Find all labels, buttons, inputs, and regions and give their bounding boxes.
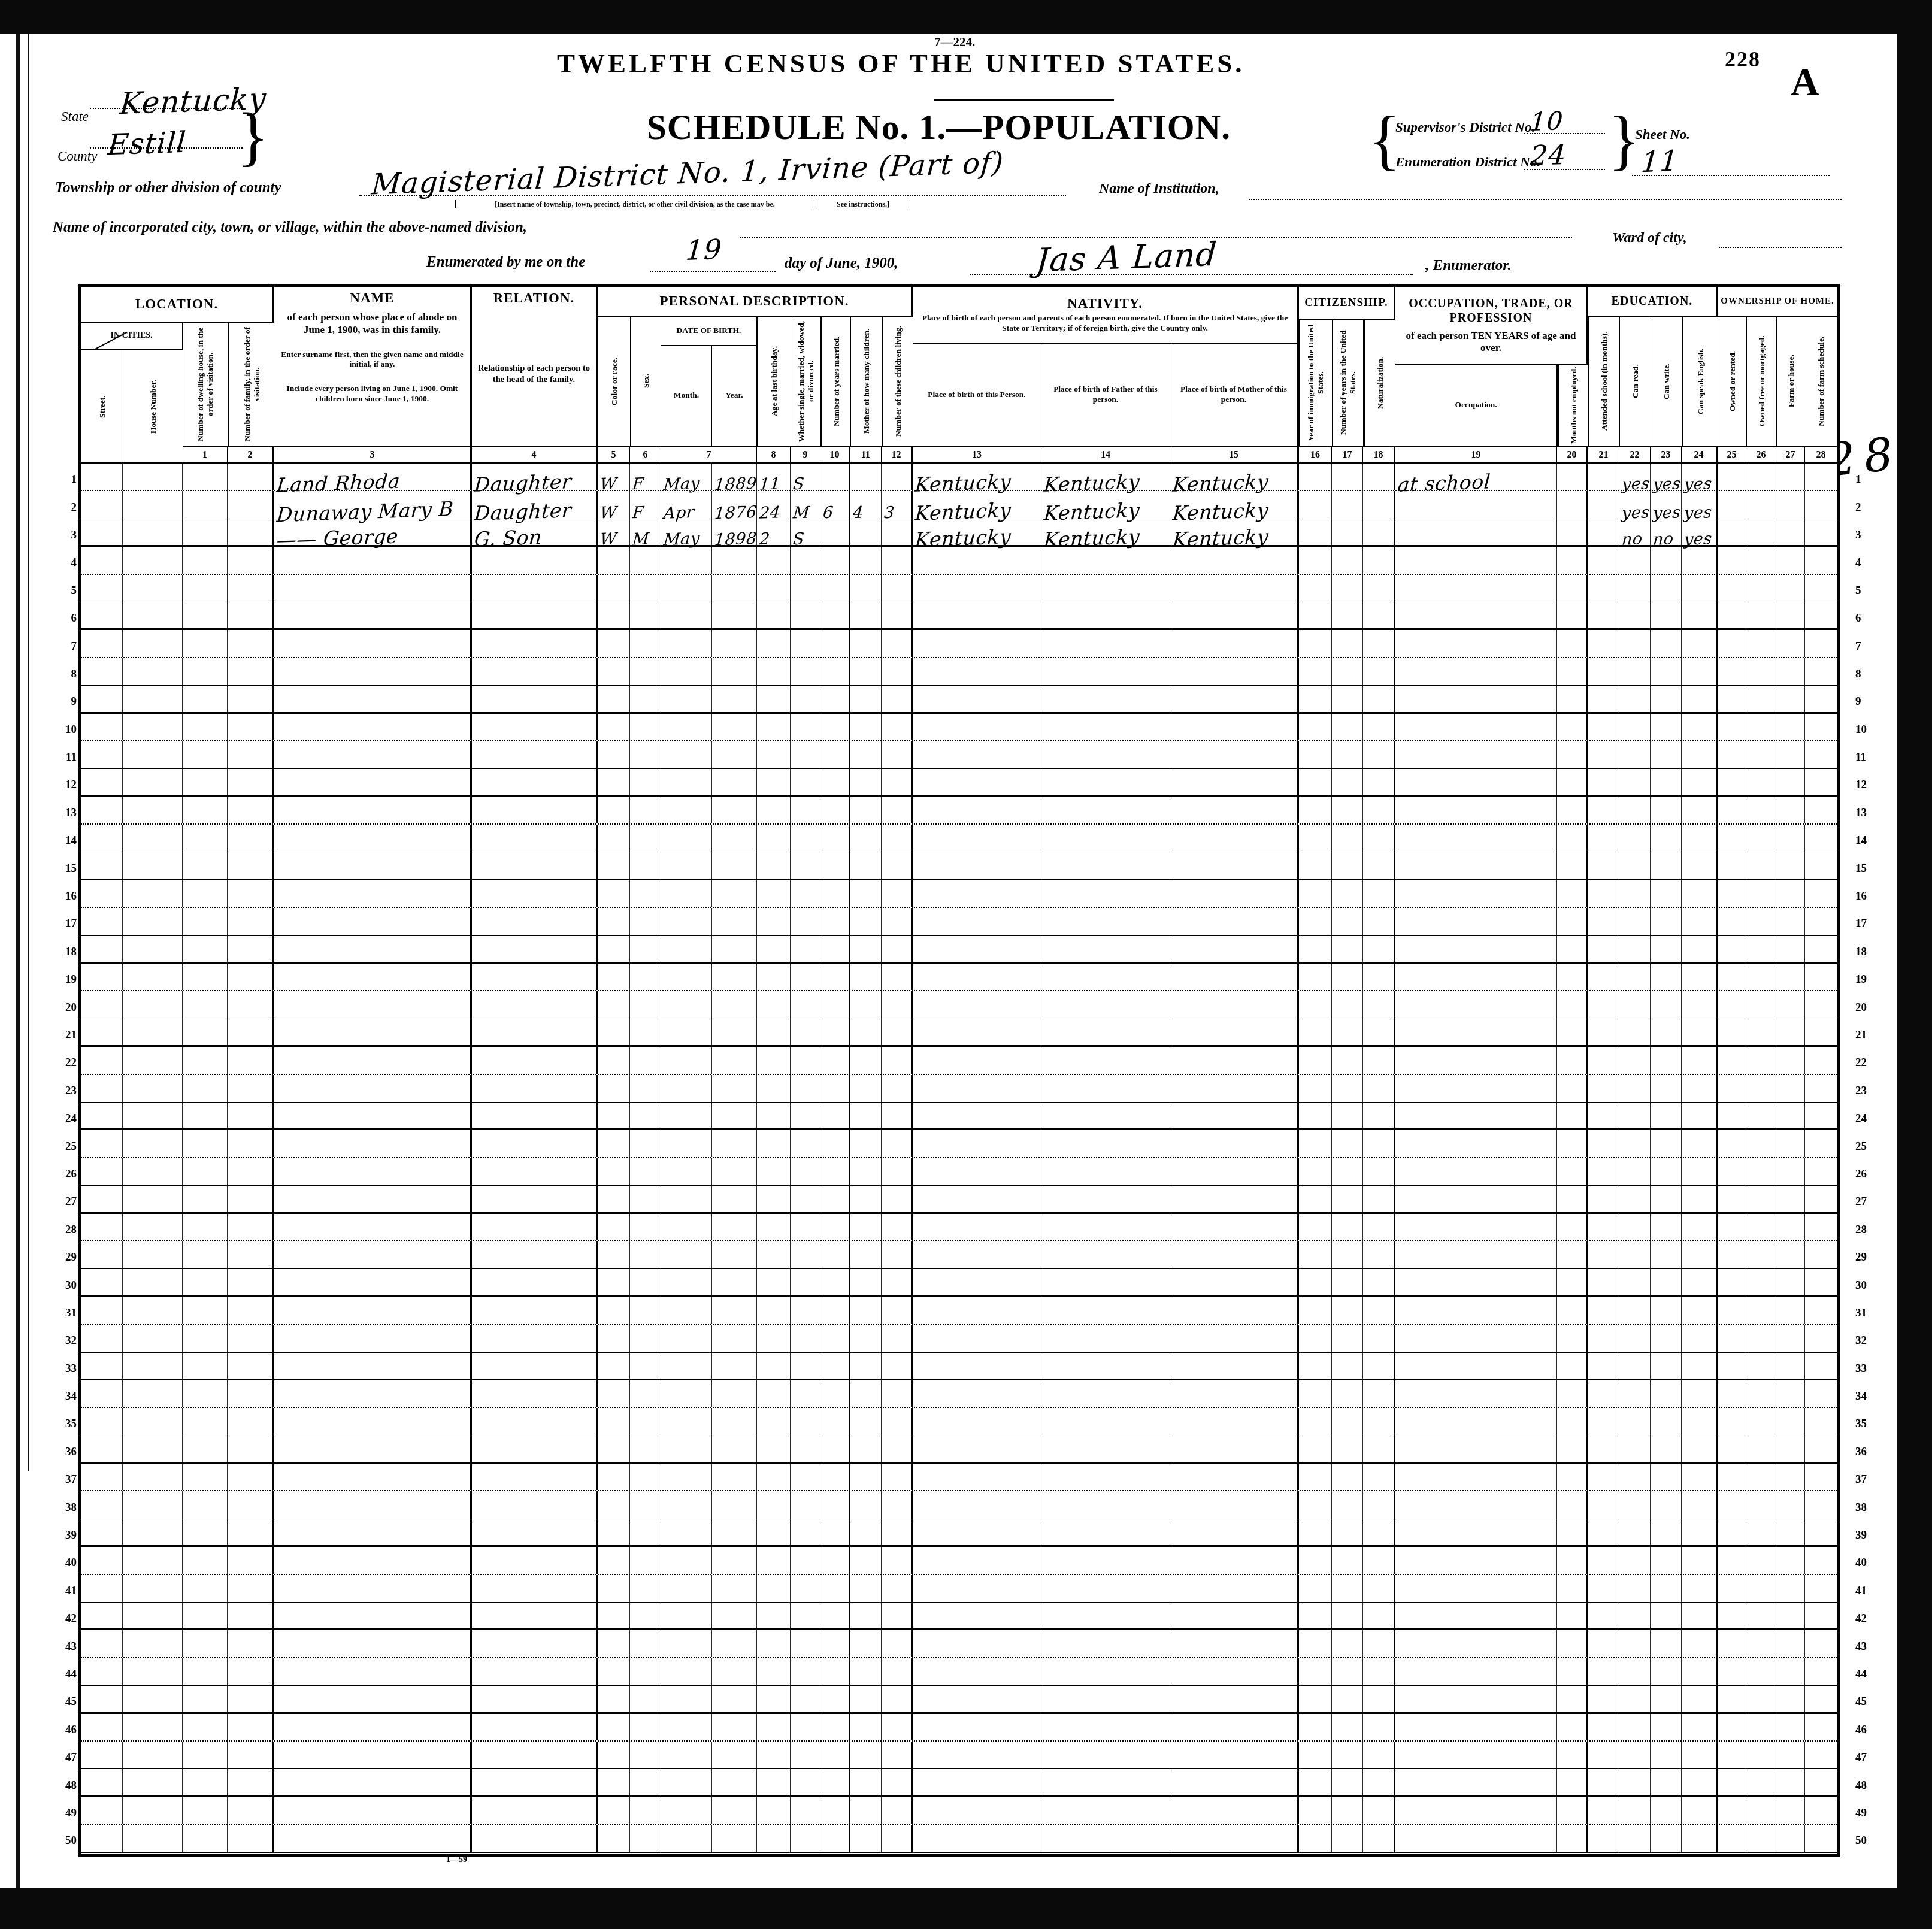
cell-farm_house [1776, 1491, 1805, 1518]
cell-sex [630, 1575, 661, 1602]
row-number: 1 [1855, 466, 1861, 493]
cell-family [228, 1436, 274, 1462]
cell-immigration [1299, 964, 1332, 990]
cell-dwelling [183, 686, 228, 711]
state-county-brace: } [237, 103, 269, 169]
cell-can_english [1682, 1519, 1718, 1545]
cell-color [598, 714, 630, 740]
cell-pob_father [1041, 1325, 1170, 1352]
cell-years_married [820, 797, 850, 823]
cell-age [757, 1214, 791, 1240]
cell-years_us [1332, 464, 1363, 490]
cell-mother_children [850, 1714, 882, 1740]
cell-naturalization [1363, 1519, 1395, 1545]
cell-pob_father [1041, 741, 1170, 768]
cell-can_read [1619, 1353, 1651, 1379]
cell-years_married [820, 1575, 850, 1602]
cell-occupation [1395, 1047, 1557, 1073]
table-row [81, 825, 1837, 852]
cell-month [661, 1491, 712, 1518]
cell-relation [472, 1491, 598, 1518]
cell-month [661, 797, 712, 823]
cell-years_us [1332, 1214, 1363, 1240]
cell-immigration [1299, 547, 1332, 573]
cell-color [598, 908, 630, 935]
cell-sex [630, 1130, 661, 1156]
name-description: of each person whose place of abode on J… [279, 311, 465, 337]
cell-sex [630, 1214, 661, 1240]
cell-mother_children [850, 964, 882, 990]
group-ownership: OWNERSHIP OF HOME. [1718, 287, 1837, 317]
cell-can_english [1682, 547, 1718, 573]
cell-family [228, 991, 274, 1018]
cell-month [661, 1464, 712, 1490]
group-education: EDUCATION. [1588, 287, 1718, 317]
cell-age [757, 630, 791, 656]
row-number: 12 [1855, 771, 1867, 799]
cell-naturalization [1363, 1408, 1395, 1435]
cell-street [81, 936, 123, 962]
cell-can_english [1682, 602, 1718, 628]
cell-mother_children [850, 936, 882, 962]
handwritten-entry: S [792, 530, 805, 549]
cell-occupation [1395, 1797, 1557, 1824]
cell-name [274, 1797, 472, 1824]
cell-occupation [1395, 1686, 1557, 1712]
header-can-read: Can read. [1619, 317, 1651, 446]
cell-color [598, 658, 630, 685]
cell-pob_father: Kentucky [1041, 464, 1170, 490]
cell-pob [913, 1186, 1041, 1212]
cell-years_married [820, 1158, 850, 1185]
cell-marital [791, 1436, 820, 1462]
cell-month: May [661, 519, 712, 545]
row-number: 24 [65, 1105, 77, 1132]
cell-age [757, 769, 791, 795]
cell-pob [913, 936, 1041, 962]
cell-farm_schedule [1805, 908, 1837, 935]
cell-farm_house [1776, 1047, 1805, 1073]
row-number: 7 [71, 632, 77, 660]
scan-streak-left [16, 34, 20, 1888]
cell-years_married [820, 1269, 850, 1295]
cell-occupation [1395, 1464, 1557, 1490]
row-number: 18 [65, 938, 77, 966]
cell-farm_schedule [1805, 1103, 1837, 1128]
cell-age [757, 1686, 791, 1712]
cell-owned_rented [1718, 1491, 1746, 1518]
cell-pob_mother [1170, 741, 1299, 768]
cell-can_english [1682, 1436, 1718, 1462]
cell-pob_father [1041, 936, 1170, 962]
cell-street [81, 1019, 123, 1045]
cell-mother_children [850, 1380, 882, 1407]
cell-children_living [882, 880, 913, 907]
header-farm-schedule: Number of farm schedule. [1805, 317, 1837, 446]
table-row [81, 575, 1837, 602]
cell-street [81, 575, 123, 602]
cell-years_us [1332, 852, 1363, 878]
cell-marital [791, 1103, 820, 1128]
cell-year [712, 936, 757, 962]
row-number: 35 [1855, 1410, 1867, 1438]
cell-can_write [1651, 1269, 1682, 1295]
cell-immigration [1299, 1769, 1332, 1795]
cell-farm_house [1776, 741, 1805, 768]
cell-age: 24 [757, 491, 791, 518]
cell-color [598, 991, 630, 1018]
cell-children_living [882, 936, 913, 962]
cell-street [81, 1047, 123, 1073]
handwritten-entry: yes [1652, 503, 1682, 523]
cell-years_us [1332, 1603, 1363, 1628]
cell-owned_rented [1718, 1325, 1746, 1352]
cell-pob_mother [1170, 1214, 1299, 1240]
cell-farm_house [1776, 1325, 1805, 1352]
cell-pob_mother [1170, 658, 1299, 685]
cell-family [228, 1186, 274, 1212]
cell-occupation [1395, 1019, 1557, 1045]
cell-attended_school [1588, 1214, 1619, 1240]
cell-owned_rented [1718, 1464, 1746, 1490]
table-row [81, 1186, 1837, 1213]
cell-years_married [820, 825, 850, 852]
cell-dwelling [183, 1714, 228, 1740]
cell-color [598, 1603, 630, 1628]
cell-mother_children [850, 714, 882, 740]
handwritten-entry: S [792, 475, 805, 494]
cell-farm_house [1776, 1297, 1805, 1324]
cell-can_english [1682, 1686, 1718, 1712]
cell-color [598, 964, 630, 990]
cell-years_us [1332, 1714, 1363, 1740]
cell-pob_father [1041, 1019, 1170, 1045]
header-dwelling-number: Number of dwelling house, in the order o… [183, 323, 228, 446]
cell-house [123, 575, 183, 602]
cell-pob_father [1041, 1047, 1170, 1073]
cell-attended_school [1588, 1353, 1619, 1379]
cell-can_english [1682, 1408, 1718, 1435]
cell-owned_free [1746, 908, 1776, 935]
cell-years_us [1332, 825, 1363, 852]
table-row [81, 1686, 1837, 1713]
column-number: 18 [1363, 446, 1395, 464]
cell-pob [913, 714, 1041, 740]
cell-months_not_employed [1557, 1269, 1588, 1295]
cell-age [757, 880, 791, 907]
cell-months_not_employed [1557, 1353, 1588, 1379]
cell-street [81, 1408, 123, 1435]
cell-immigration [1299, 1186, 1332, 1212]
cell-can_english [1682, 575, 1718, 602]
cell-months_not_employed [1557, 1769, 1588, 1795]
table-row [81, 1047, 1837, 1074]
cell-pob_mother [1170, 1797, 1299, 1824]
handwritten-entry: Daughter [474, 498, 573, 525]
header-street: Street. [81, 350, 123, 464]
cell-color [598, 630, 630, 656]
cell-months_not_employed [1557, 1019, 1588, 1045]
cell-pob [913, 1325, 1041, 1352]
cell-children_living [882, 1575, 913, 1602]
cell-farm_schedule [1805, 1075, 1837, 1102]
cell-relation [472, 769, 598, 795]
cell-naturalization [1363, 1630, 1395, 1657]
cell-can_write [1651, 1658, 1682, 1685]
header-naturalization: Naturalization. [1363, 320, 1395, 446]
cell-month [661, 1103, 712, 1128]
table-header: LOCATION. IN CITIES. Street. House Numbe… [81, 287, 1837, 464]
cell-years_married [820, 1519, 850, 1545]
cell-pob_mother [1170, 1603, 1299, 1628]
cell-can_write [1651, 1519, 1682, 1545]
row-number: 37 [1855, 1466, 1867, 1494]
cell-year [712, 1047, 757, 1073]
cell-farm_house [1776, 602, 1805, 628]
cell-color [598, 575, 630, 602]
cell-name [274, 1769, 472, 1795]
cell-naturalization [1363, 1269, 1395, 1295]
row-number: 21 [1855, 1022, 1867, 1049]
cell-street [81, 1769, 123, 1795]
cell-immigration [1299, 1380, 1332, 1407]
header-house-number: House Number. [123, 350, 183, 464]
cell-naturalization [1363, 1658, 1395, 1685]
cell-family [228, 1019, 274, 1045]
cell-house [123, 1019, 183, 1045]
cell-mother_children [850, 1825, 882, 1852]
cell-family [228, 1130, 274, 1156]
cell-dwelling [183, 519, 228, 545]
cell-dwelling [183, 825, 228, 852]
cell-mother_children [850, 658, 882, 685]
cell-occupation [1395, 1325, 1557, 1352]
cell-sex [630, 936, 661, 962]
cell-mother_children [850, 1603, 882, 1628]
cell-pob_father [1041, 1491, 1170, 1518]
cell-dwelling [183, 769, 228, 795]
cell-months_not_employed [1557, 1603, 1588, 1628]
cell-month: May [661, 464, 712, 490]
cell-relation [472, 1658, 598, 1685]
row-number: 7 [1855, 632, 1861, 660]
cell-family [228, 1491, 274, 1518]
cell-mother_children [850, 630, 882, 656]
cell-children_living [882, 1019, 913, 1045]
cell-children_living [882, 1658, 913, 1685]
cell-relation [472, 1769, 598, 1795]
cell-family [228, 686, 274, 711]
cell-naturalization [1363, 1103, 1395, 1128]
cell-color [598, 1658, 630, 1685]
row-number: 41 [65, 1577, 77, 1605]
cell-owned_free [1746, 1130, 1776, 1156]
handwritten-entry: W [599, 475, 617, 494]
cell-pob_father [1041, 1575, 1170, 1602]
cell-age [757, 686, 791, 711]
cell-color [598, 1575, 630, 1602]
cell-pob [913, 1047, 1041, 1073]
table-row [81, 1241, 1837, 1269]
cell-marital [791, 1075, 820, 1102]
cell-naturalization [1363, 825, 1395, 852]
cell-naturalization [1363, 1380, 1395, 1407]
cell-age [757, 1408, 791, 1435]
cell-year [712, 1575, 757, 1602]
handwritten-entry: 11 [759, 475, 782, 494]
cell-month [661, 769, 712, 795]
cell-farm_schedule [1805, 519, 1837, 545]
cell-year [712, 880, 757, 907]
row-number: 9 [1855, 688, 1861, 716]
row-number: 27 [65, 1188, 77, 1216]
cell-occupation [1395, 1186, 1557, 1212]
cell-farm_schedule [1805, 1630, 1837, 1657]
cell-pob [913, 1714, 1041, 1740]
cell-dwelling [183, 1519, 228, 1545]
cell-years_us [1332, 1519, 1363, 1545]
cell-can_read [1619, 1630, 1651, 1657]
cell-years_us [1332, 1158, 1363, 1185]
cell-occupation [1395, 519, 1557, 545]
cell-year [712, 991, 757, 1018]
table-row [81, 741, 1837, 769]
cell-mother_children [850, 575, 882, 602]
cell-pob [913, 1519, 1041, 1545]
cell-farm_schedule [1805, 1797, 1837, 1824]
column-number: 23 [1651, 446, 1682, 464]
cell-farm_house [1776, 491, 1805, 518]
cell-pob_mother [1170, 1686, 1299, 1712]
cell-attended_school [1588, 1241, 1619, 1268]
cell-marital [791, 741, 820, 768]
cell-sex [630, 1297, 661, 1324]
cell-children_living [882, 1742, 913, 1768]
cell-can_write [1651, 602, 1682, 628]
cell-naturalization [1363, 1130, 1395, 1156]
cell-pob [913, 1019, 1041, 1045]
cell-color [598, 741, 630, 768]
cell-pob_father [1041, 1519, 1170, 1545]
row-number: 22 [65, 1049, 77, 1077]
cell-month [661, 1519, 712, 1545]
row-number: 48 [65, 1771, 77, 1799]
cell-owned_rented [1718, 1797, 1746, 1824]
name-instruction-1: Enter surname first, then the given name… [279, 350, 465, 370]
cell-can_read: no [1619, 519, 1651, 545]
cell-pob_father [1041, 825, 1170, 852]
cell-street [81, 1353, 123, 1379]
row-number: 25 [65, 1132, 77, 1160]
cell-naturalization [1363, 519, 1395, 545]
cell-can_write [1651, 1297, 1682, 1324]
cell-owned_free [1746, 1714, 1776, 1740]
cell-can_write: no [1651, 519, 1682, 545]
cell-children_living [882, 964, 913, 990]
cell-relation [472, 1714, 598, 1740]
cell-occupation [1395, 1241, 1557, 1268]
cell-pob: Kentucky [913, 464, 1041, 490]
cell-street [81, 1686, 123, 1712]
cell-month [661, 741, 712, 768]
row-number: 32 [1855, 1327, 1867, 1355]
cell-family [228, 1325, 274, 1352]
column-number: 3 [274, 446, 472, 464]
cell-can_write [1651, 1103, 1682, 1128]
cell-attended_school [1588, 1491, 1619, 1518]
cell-naturalization [1363, 464, 1395, 490]
table-row [81, 1436, 1837, 1464]
cell-owned_rented [1718, 1547, 1746, 1573]
cell-color [598, 1269, 630, 1295]
cell-dwelling [183, 1797, 228, 1824]
cell-months_not_employed [1557, 1575, 1588, 1602]
cell-occupation [1395, 991, 1557, 1018]
cell-name [274, 1130, 472, 1156]
cell-house [123, 1241, 183, 1268]
cell-years_married [820, 908, 850, 935]
cell-owned_free [1746, 464, 1776, 490]
cell-house [123, 991, 183, 1018]
cell-year [712, 1491, 757, 1518]
cell-can_english [1682, 1019, 1718, 1045]
cell-color [598, 1519, 630, 1545]
cell-owned_rented [1718, 1353, 1746, 1379]
cell-color [598, 1047, 630, 1073]
cell-name [274, 1464, 472, 1490]
cell-immigration [1299, 1019, 1332, 1045]
cell-owned_rented [1718, 1130, 1746, 1156]
cell-street [81, 1547, 123, 1573]
cell-house [123, 1269, 183, 1295]
header-immigration: Year of immigration to the United States… [1299, 320, 1332, 446]
cell-can_read [1619, 1075, 1651, 1102]
cell-farm_schedule [1805, 491, 1837, 518]
cell-farm_house [1776, 714, 1805, 740]
cell-house [123, 547, 183, 573]
cell-can_write [1651, 1603, 1682, 1628]
cell-immigration [1299, 880, 1332, 907]
cell-farm_house [1776, 852, 1805, 878]
cell-naturalization [1363, 964, 1395, 990]
cell-marital [791, 547, 820, 573]
column-number: 19 [1395, 446, 1557, 464]
cell-family [228, 1630, 274, 1657]
row-number: 42 [65, 1605, 77, 1633]
cell-owned_rented [1718, 491, 1746, 518]
cell-naturalization [1363, 547, 1395, 573]
cell-dwelling [183, 1575, 228, 1602]
cell-pob_father [1041, 630, 1170, 656]
cell-naturalization [1363, 1742, 1395, 1768]
cell-pob_father [1041, 686, 1170, 711]
cell-color [598, 1686, 630, 1712]
cell-years_us [1332, 1297, 1363, 1324]
cell-attended_school [1588, 1464, 1619, 1490]
cell-occupation [1395, 1491, 1557, 1518]
cell-pob_mother [1170, 575, 1299, 602]
row-number: 1 [71, 466, 77, 493]
cell-attended_school [1588, 1742, 1619, 1768]
cell-can_english [1682, 1547, 1718, 1573]
cell-pob_father [1041, 852, 1170, 878]
cell-marital [791, 1491, 820, 1518]
column-number: 14 [1041, 446, 1170, 464]
cell-owned_rented [1718, 1630, 1746, 1657]
cell-year [712, 825, 757, 852]
cell-years_married [820, 1769, 850, 1795]
cell-year [712, 1241, 757, 1268]
